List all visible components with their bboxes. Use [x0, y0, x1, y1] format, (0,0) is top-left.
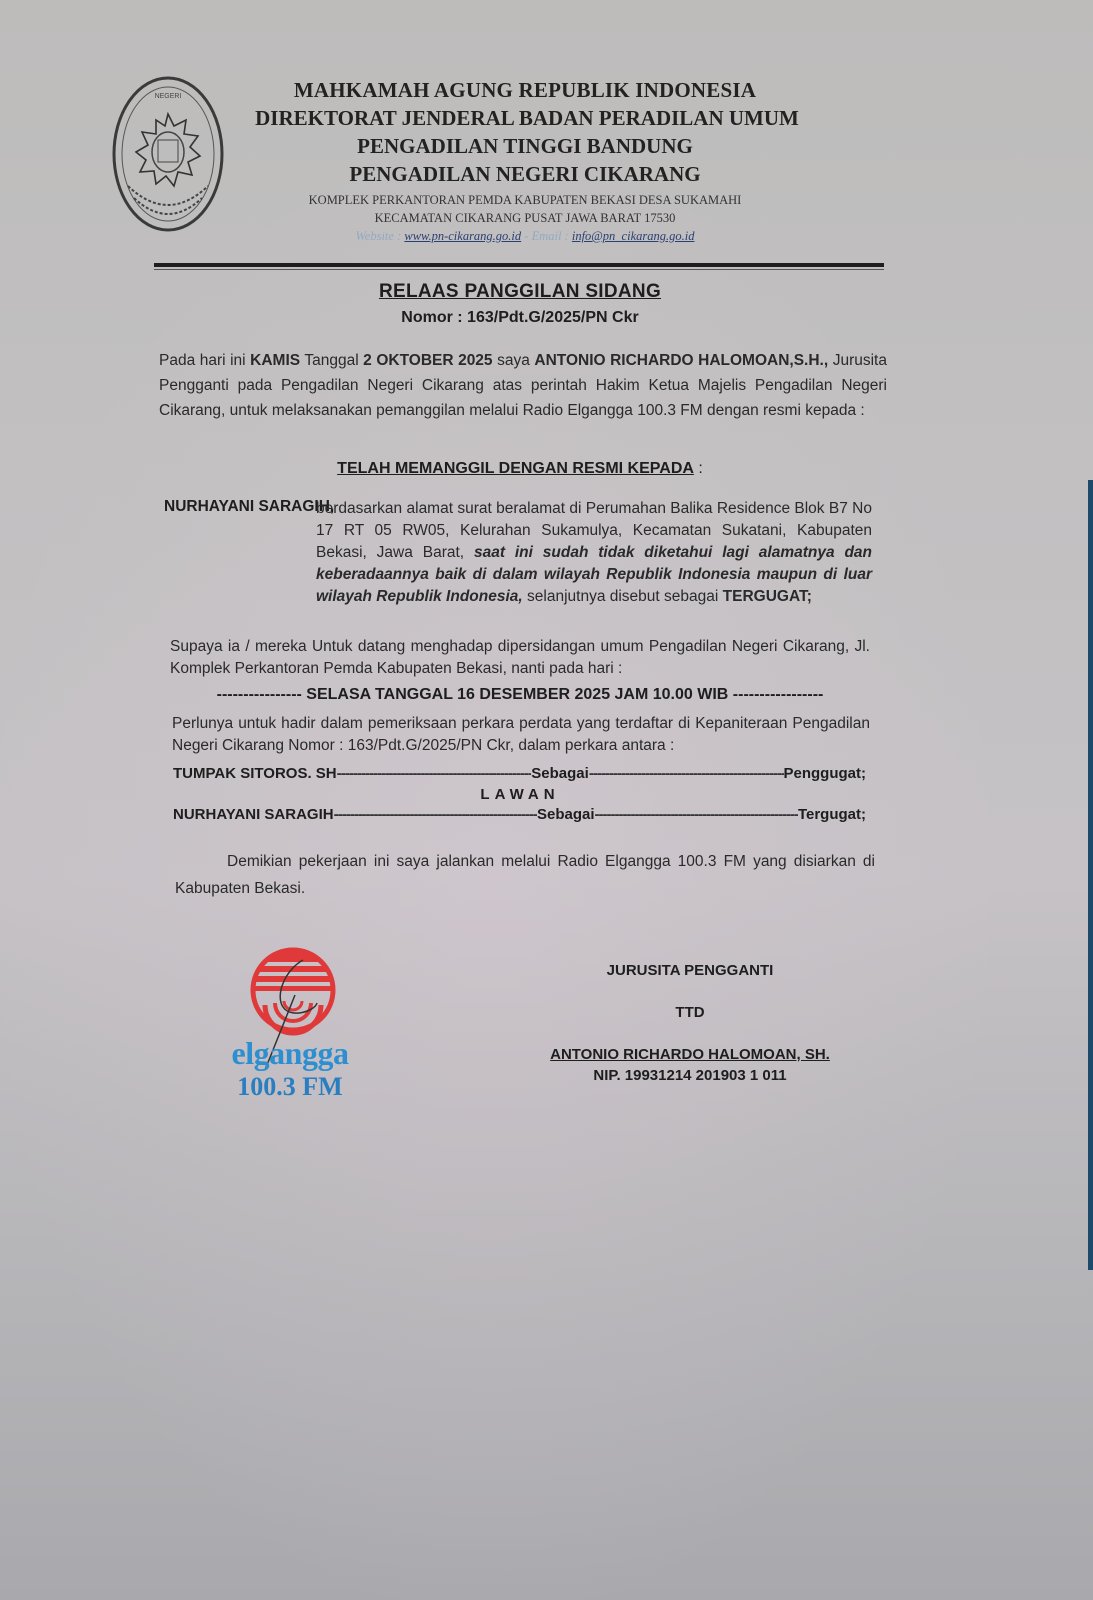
- defendant-party-role: Tergugat;: [798, 806, 866, 823]
- court-summons-document: NEGERI MAHKAMAH AGUNG REPUBLIK INDONESIA…: [0, 0, 1093, 1600]
- email-label: Email :: [532, 229, 569, 243]
- header-divider: [154, 263, 884, 267]
- intro-text: saya: [493, 352, 535, 369]
- summoned-heading-colon: :: [694, 460, 703, 477]
- plaintiff-role: Penggugat;: [784, 765, 867, 782]
- intro-text: Tanggal: [300, 352, 363, 369]
- dash-leader: ----------------------------------------…: [589, 765, 784, 782]
- intro-day: KAMIS: [250, 352, 300, 369]
- case-number: Nomor : 163/Pdt.G/2025/PN Ckr: [150, 309, 890, 327]
- summoned-heading-text: TELAH MEMANGGIL DENGAN RESMI KEPADA: [337, 460, 694, 477]
- closing-paragraph: Demikian pekerjaan ini saya jalankan mel…: [175, 848, 875, 902]
- header-address-line2: KECAMATAN CIKARANG PUSAT JAWA BARAT 1753…: [230, 211, 820, 226]
- contact-separator: -: [521, 229, 531, 243]
- intro-officer: ANTONIO RICHARDO HALOMOAN,S.H.,: [534, 352, 828, 369]
- intro-date: 2 OKTOBER 2025: [363, 352, 492, 369]
- header-district-court: PENGADILAN NEGERI CIKARANG: [230, 162, 820, 187]
- document-title: RELAAS PANGGILAN SIDANG: [150, 281, 890, 303]
- header-high-court: PENGADILAN TINGGI BANDUNG: [230, 134, 820, 159]
- website-link[interactable]: www.pn-cikarang.go.id: [404, 229, 521, 243]
- case-paragraph: Perlunya untuk hadir dalam pemeriksaan p…: [172, 713, 870, 757]
- party-row-defendant: NURHAYANI SARAGIH ----------------------…: [173, 806, 866, 823]
- defendant-party-name: NURHAYANI SARAGIH: [173, 806, 334, 823]
- intro-paragraph: Pada hari ini KAMIS Tanggal 2 OKTOBER 20…: [159, 348, 887, 423]
- signatory-nip: NIP. 19931214 201903 1 011: [520, 1067, 860, 1084]
- defendant-tail: selanjutnya disebut sebagai: [523, 588, 723, 605]
- court-seal-icon: NEGERI: [110, 74, 226, 234]
- header-contact: Website : www.pn-cikarang.go.id - Email …: [300, 229, 750, 244]
- intro-text: Pada hari ini: [159, 352, 250, 369]
- defendant-description: berdasarkan alamat surat beralamat di Pe…: [316, 498, 872, 608]
- defendant-name: NURHAYANI SARAGIH,: [164, 498, 334, 516]
- email-link[interactable]: info@pn_cikarang.go.id: [572, 229, 695, 243]
- signature-mark: TTD: [520, 1004, 860, 1021]
- website-label: Website :: [356, 229, 402, 243]
- closing-text: Demikian pekerjaan ini saya jalankan mel…: [175, 853, 875, 897]
- header-supreme-court: MAHKAMAH AGUNG REPUBLIK INDONESIA: [230, 78, 820, 103]
- versus-label: LAWAN: [420, 786, 620, 803]
- header-directorate: DIREKTORAT JENDERAL BADAN PERADILAN UMUM: [232, 106, 822, 131]
- plaintiff-as: Sebagai: [531, 765, 589, 782]
- radio-brand-name: elgangga: [200, 1035, 380, 1072]
- radio-frequency: 100.3 FM: [200, 1072, 380, 1102]
- header-divider-thin: [154, 269, 884, 270]
- signatory-position: JURUSITA PENGGANTI: [520, 962, 860, 979]
- dash-leader: ----------------------------------------…: [595, 806, 798, 823]
- dash-leader: ----------------------------------------…: [334, 806, 537, 823]
- summons-paragraph: Supaya ia / mereka Untuk datang menghada…: [170, 636, 870, 680]
- party-row-plaintiff: TUMPAK SITOROS. SH ---------------------…: [173, 765, 866, 782]
- defendant-as: Sebagai: [537, 806, 595, 823]
- defendant-role: TERGUGAT;: [723, 588, 812, 605]
- signatory-name: ANTONIO RICHARDO HALOMOAN, SH.: [520, 1046, 860, 1063]
- header-address-line1: KOMPLEK PERKANTORAN PEMDA KABUPATEN BEKA…: [230, 193, 820, 208]
- hearing-schedule: ---------------- SELASA TANGGAL 16 DESEM…: [185, 686, 855, 704]
- svg-text:NEGERI: NEGERI: [155, 93, 182, 100]
- dash-leader: ----------------------------------------…: [337, 765, 532, 782]
- plaintiff-name: TUMPAK SITOROS. SH: [173, 765, 337, 782]
- summoned-heading: TELAH MEMANGGIL DENGAN RESMI KEPADA :: [150, 460, 890, 478]
